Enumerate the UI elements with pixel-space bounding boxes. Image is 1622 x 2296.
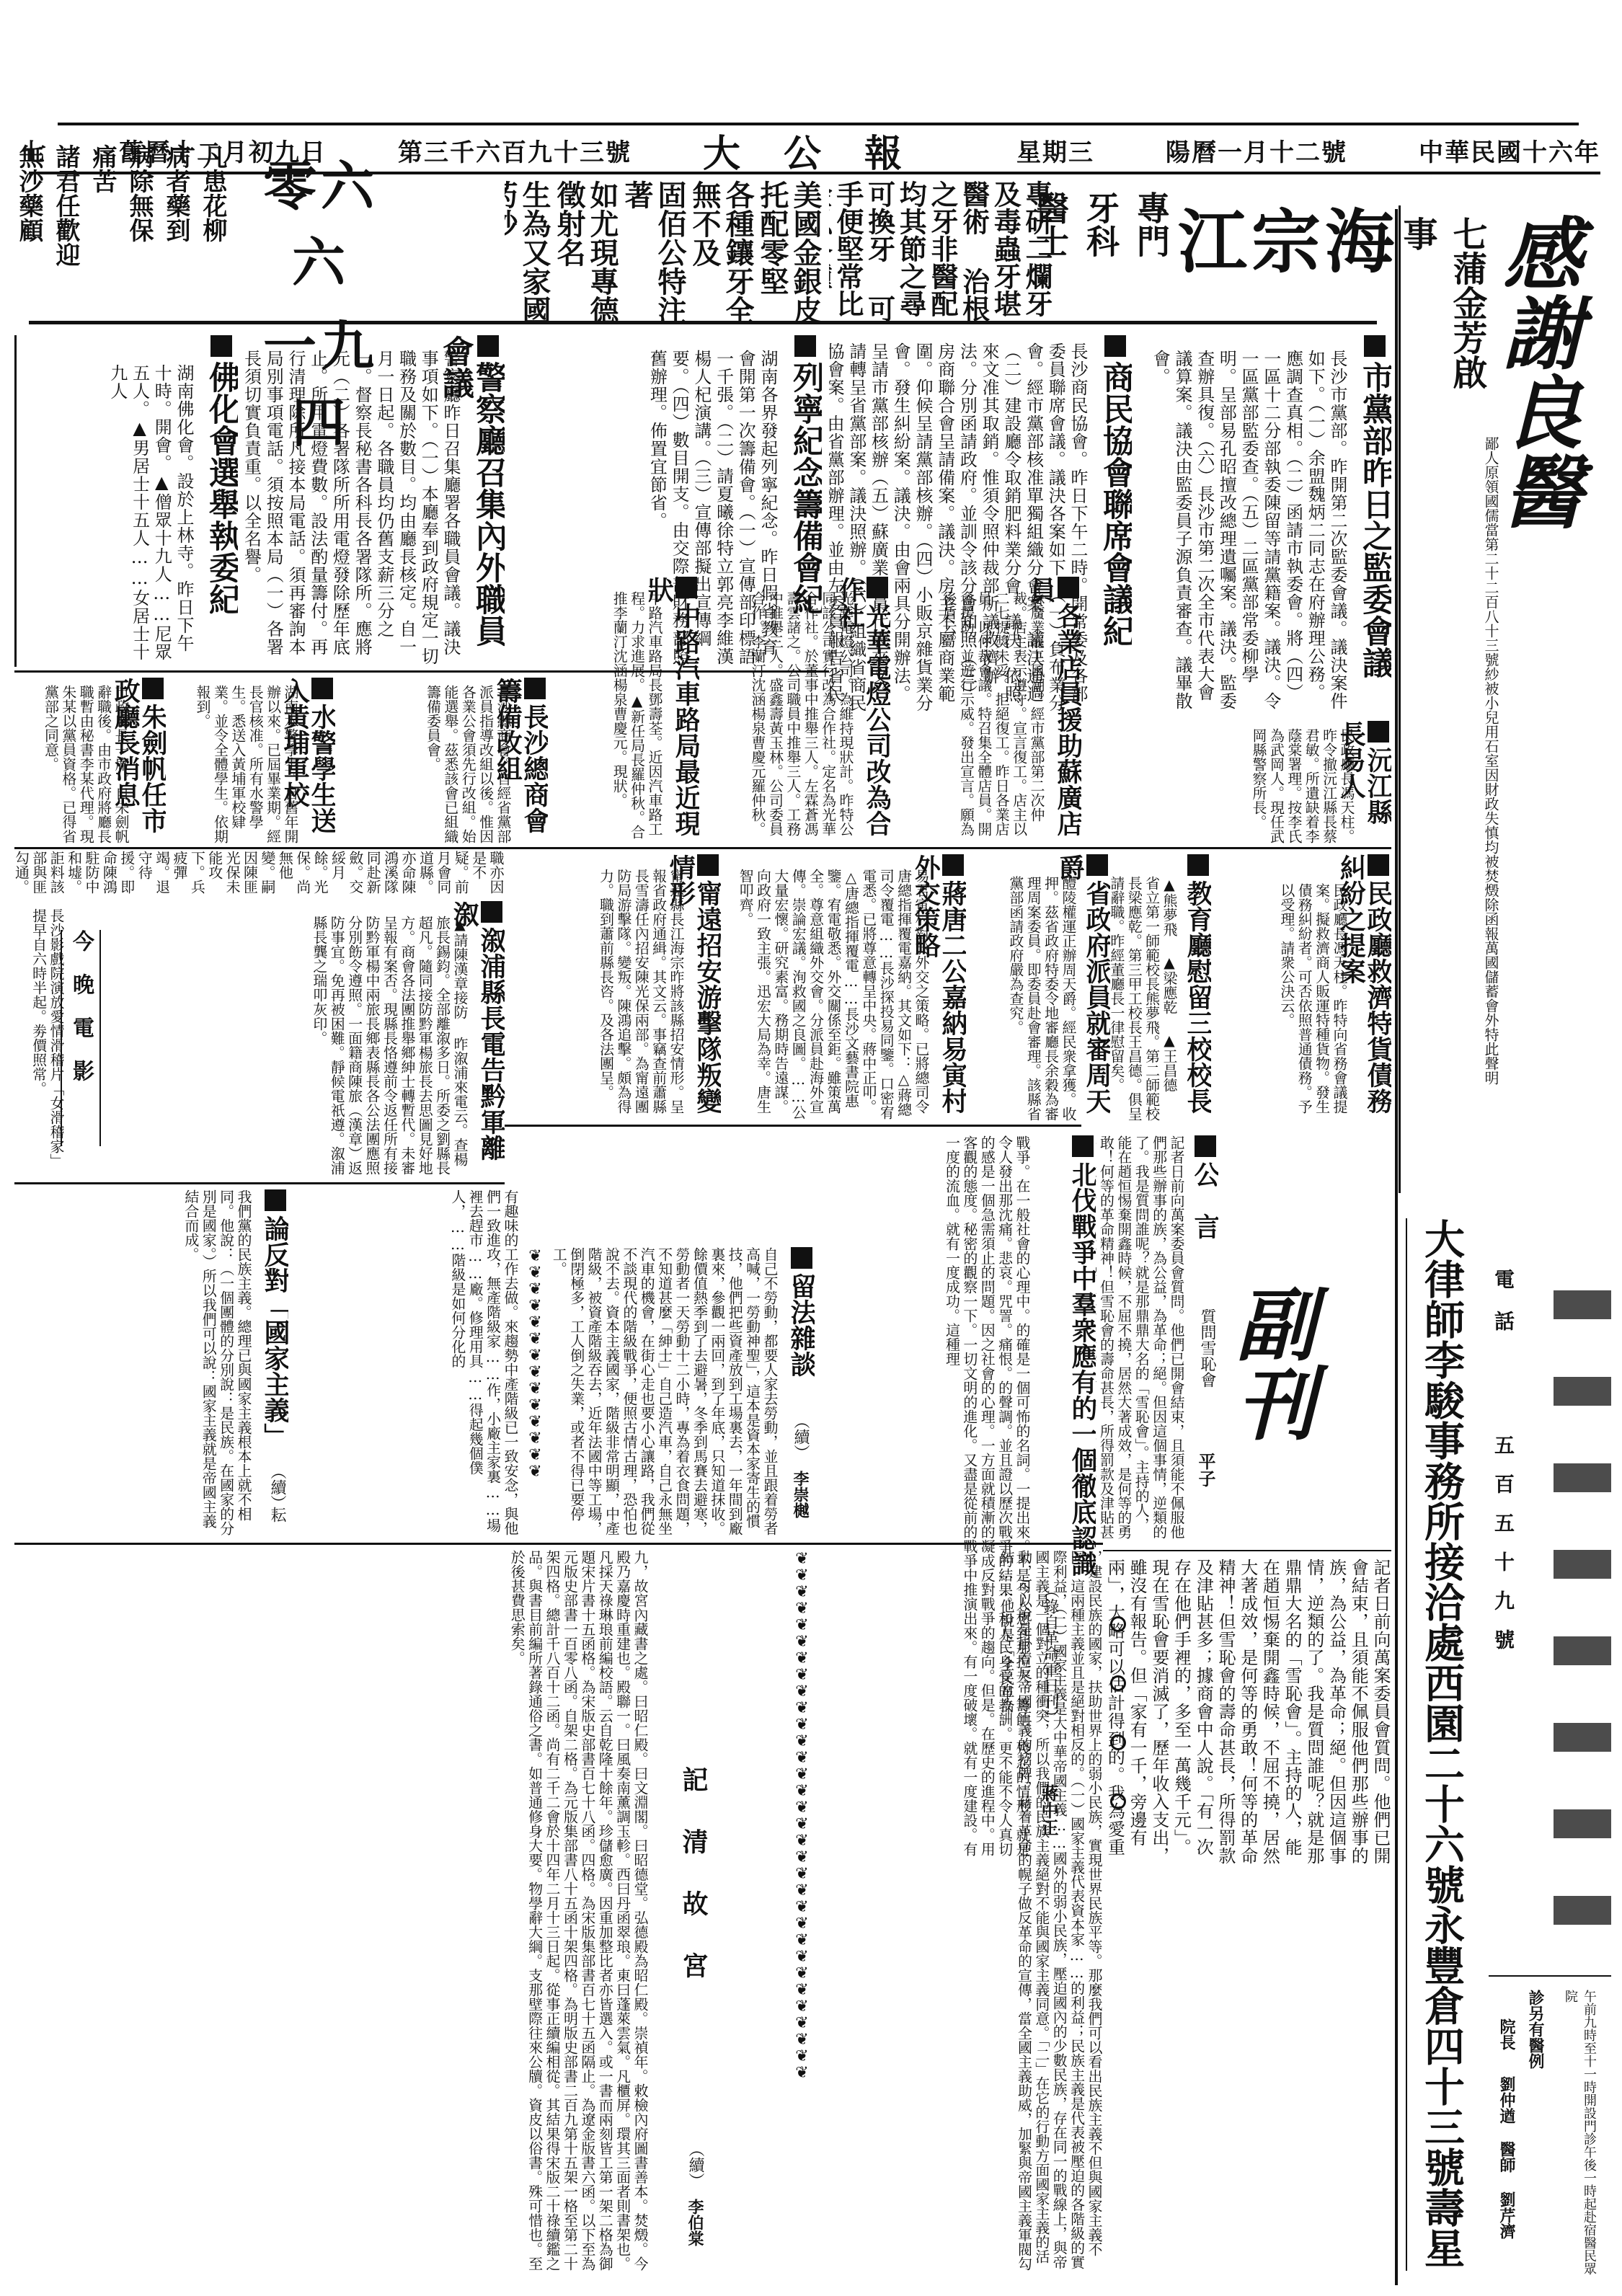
movie-ad-title: 今晚電影 [61,930,101,1146]
article-anti-nationalism: 論反對「國家主義」 （續） 耘 我們黨的民族主義。總理已與國家主義根本上就不相同… [14,1189,288,1535]
article-liufa: 留法雜談 （續） 李崇樾 自己不勞動，都要人家去勞動，並且跟着勞者高喊，一勞動神… [548,1247,815,1535]
masthead-solar-date: 陽曆一月十二號 [1166,133,1347,168]
article-marker-icon [942,854,964,876]
drug-606-914-ad: 六零六 九一四 [238,144,404,310]
supplement-divider [1395,209,1398,2285]
article-marker-icon [1072,1135,1094,1157]
article-jiang-tang: 蔣唐二公嘉納易寅村外交策略 易君寅村對於外交之策略。已將總司令唐總指揮覆電嘉納。… [721,854,966,1121]
article-headline: 佛化會選舉執委紀 [205,335,238,667]
denture-line: 各種鑲牙全無不及 [688,180,754,324]
hospital-rule [1489,1975,1611,1977]
article-marker-icon [1086,854,1108,876]
venereal-clinic-ad: 凡患花柳 病者藥到 病除無保 痛苦 諸君任歡迎 無沙藥顧 長本醫王士 街電話八百… [14,144,231,310]
article-city-party: 市黨部昨日之監委會議 長沙市黨部。昨開第二次監委會議。議決案件如下。（一）余盟魏… [1139,335,1391,710]
article-headline: 論反對「國家主義」 [261,1189,288,1449]
article-marker-icon [1058,577,1079,598]
hospital-ad: 電話 五百五十九號 診另有醫例 院長 劉仲遒 醫師 劉芹濟 午前九時至十一時開設… [1474,1218,1611,2285]
article-marker-icon [311,678,333,699]
article-body: 職亦因是不疑。前月會同道縣。亦命陳鴻溪隊同赴新斂。交綏月餘。光保。尚無他變。嗣因… [14,851,505,901]
article-body: 有趣味的工作去做。來趨勢中產階級已一致安念，與他們一致進攻，無產階級家……作，小… [288,1189,519,1535]
hospital-phone-number: 五百五十九號 [1489,1435,1517,1795]
article-buddhist: 佛化會選舉執委紀 湖南佛化會。設於上林寺。昨日下午十時。開會。▲僧眾十九人……尼… [14,335,238,667]
clinic-line: 無沙藥顧 [14,144,47,310]
article-body: 我們黨的民族主義。總理已與國家主義根本上就不相同。他說：（一個團體的分別說：是民… [22,1189,252,1535]
article-education: 教育廳慰留三校校長 ▲熊夢飛 ▲梁應乾 ▲王昌德 省立第一師範校長熊夢飛。第二師… [1110,854,1211,1121]
article-body: 民政廳長馮天柱。昨令撤沅江縣長蔡君敏。所遺缺着李蔭棠署理。按李氏為武岡人。現任武… [1089,728,1355,843]
article-nationalism-continued: ，建設民族的國家，扶助世界上的弱小民族，實現世界民族平等。那麼我們可以看出民族主… [815,1550,1103,2278]
article-marker-icon [1187,854,1209,876]
denture-line: 美國金銀皮托配零堅 [755,180,822,324]
article-body: 九，故宮內藏書之處。曰昭仁殿。曰文淵閣。曰昭德堂。弘德殿為昭仁殿。崇禎年。敕檢內… [14,1550,649,2278]
article-guogong: 記清故宮 （續） 李伯棠 九，故宮內藏書之處。曰昭仁殿。曰文淵閣。曰昭德堂。弘德… [14,1550,793,2278]
article-author: 耘 [266,1507,288,1535]
article-gongyan: 公 言 質問雪恥會 平子 記者日前向萬案委員會質問。他們已開會結束，且須能不佩服… [1096,1135,1218,1539]
article-body: 易君寅村對於外交之策略。已將總司令唐總指揮覆電嘉納。其文如下：△蔣總司令覆電……… [721,869,930,1121]
section-rule [14,847,1391,849]
article-headline: 市黨部昨日之監委會議 [1358,335,1391,710]
masthead-republic-date: 中華民國十六年 [1419,133,1600,168]
clinic-line: 痛苦 [85,144,120,310]
hospital-director: 劉仲遒 [1496,2076,1518,2134]
lawyer-ad: 大律師李駿事務所接洽處西園二十六號永豐倉四十三號壽星街四號 [1406,1218,1471,2271]
article-marker-icon [481,901,502,923]
article-body: ▲請陳漢章接防 昨溆浦來電云。查楊旅長錫鈞。全部離溆多日。所委之劉縣長超凡。隨同… [108,916,469,1175]
article-marker-icon [867,577,888,598]
article-zhonglu-bus: 中路汽車路局最近現狀 中路汽車路局長鄧壽荃。近因汽車路工程。力求進展。▲新任局長… [555,577,699,843]
article-subtitle: 質問雪恥會 [1196,1308,1218,1424]
article-continued: （續） [684,2141,706,2199]
denture-line: 固佰公特注著 [620,180,686,324]
article-xupu: 溆浦縣長電告黔軍離溆 ▲請陳漢章接防 昨溆浦來電云。查楊旅長錫鈞。全部離溆多日。… [101,901,505,1175]
hospital-hours: 午前九時至十一時開設門診午後一時起赴宿醫民眾院 [1561,1990,1598,2278]
article-body: ，建設民族的國家，扶助世界上的弱小民族，實現世界民族平等。那麼我們可以看出民族主… [815,1550,1103,2278]
hospital-doctors-label: 醫師 [1496,2141,1518,2184]
thanks-subtitle: 七蒲金芳啟事 [1393,216,1492,418]
article-author: 李伯棠 [684,2199,706,2271]
supplement-title: 副刊 [1226,1283,1326,1521]
denture-line: 如尤現專德徵射名 [552,180,619,324]
masthead-weekday: 星期三 [1016,133,1094,168]
ornament-circle-icon [1110,1616,1126,1632]
article-body: 記者日前向萬案委員會質問。他們已開會結束，且須能不佩服他們那些辦事的族，為公益，… [1189,1559,1391,1867]
masthead-issue-no: 第三千六百九十三號 [398,133,631,168]
article-ningyuan: 甯遠招安游擊隊叛變情形 甯遠縣長江海宗昨將該縣招安情形。呈報省政府通緝。其文云。… [505,854,721,1121]
clinic-line: 諸君任歡迎 [48,144,84,310]
ads-bottom-rule [29,321,1377,324]
article-body: 長沙總商會。自經省黨部派員指導改組以後。惟因各業公會須先行改組。始能選舉。茲悉該… [339,685,512,843]
clinic-line: 病者藥到 [159,144,194,310]
article-headline: 公 言 [1191,1135,1218,1301]
article-marker-icon [524,678,546,699]
dentist-description: 專研二爛牙及毒蟲牙堪醫術 治根之牙非醫配 均其節之尋可換牙 可手便堅常比金以各種… [829,180,1052,324]
movie-ad-body: 長沙影戲院演放愛情滑稽片「女滑稽家」提早自六時半起。劵價照常。 [14,908,65,1175]
article-marker-icon [697,854,719,876]
ad-606: 六零六 [238,144,404,297]
article-marker-icon [1368,854,1389,876]
article-marker-icon [794,335,816,357]
article-police-bureau: 警察廳召集內外職員會議 警察廳昨日召集廳署各職員會議。議決事項如下。（一）本廳奉… [238,335,505,667]
ornament-circles [1110,1595,1126,1831]
article-yuanjiang: 沅江縣長易人 民政廳長馮天柱。昨令撤沅江縣長蔡君敏。所遺缺着李蔭棠署理。按李氏為… [1081,721,1391,843]
article-body: 記者日前向萬案委員會質問。他們已開會結束，且須能不佩服他們那些辦事的族，為公益，… [1099,1135,1185,1539]
article-author: 平子 [1193,1453,1218,1525]
article-zhou-tianjue: 省政府派員就審周天爵 醴陵權運正辦周天爵。經民衆拿獲。收押。茲省政府特委令地審廳… [966,854,1110,1121]
article-body: 光華電燈公司。為維持現狀計。昨特公同該公司實行改為合作社。定名為光華合作社。於董… [703,591,854,843]
dentist-ad: 江宗海 專門 牙科 醫士 [1060,180,1399,324]
thanks-notice: 感謝良醫 七蒲金芳啟事 鄙人原領國儒當第二十二百八十三號紗被小兒用石室因財政失慎… [1399,205,1608,1193]
article-body: 民政廳長馮天柱。昨特向省務會議提案。擬救濟商人販運特種貨物。發生債務糾紛者。可否… [1211,883,1348,1121]
article-body: 醴陵權運正辦周天爵。經民衆拿獲。收押。茲省政府特委令地審廳長余穀為審理周案委員。… [969,876,1077,1121]
article-zhu-jianfan: 朱劍帆任市政廳長消息 市政廳長一席。自朱劍帆辭職後。由市政府將廳長職暫由秘書李某… [14,678,166,843]
article-author: 李崇樾 [789,1471,812,1528]
denture-ad: 美國金銀皮托配零堅 各種鑲牙全無不及 固佰公特注著 如尤現專德徵射名 生為又家國… [505,180,822,324]
article-commerce-bureau: 長沙總商會籌備改組 長沙總商會。自經省黨部派員指導改組以後。惟因各業公會須先行改… [339,678,548,843]
article-shop-clerks: 各業店員援助蘇廣店員 蘇廣業罷工風潮。經市黨部第二次仲裁。店主表示遵守。宣言復工… [894,577,1081,843]
ornament-circle-icon [1110,1675,1126,1691]
article-marker-icon [142,678,164,699]
article-marker-icon [1368,721,1389,743]
movie-ad: 今晚電影 長沙影戲院演放愛情滑稽片「女滑稽家」提早自六時半起。劵價照常。 [14,901,101,1175]
dentist-title-line: 牙科 [1077,191,1125,317]
article-chen-hongxi: 職亦因是不疑。前月會同道縣。亦命陳鴻溪隊同赴新斂。交綏月餘。光保。尚無他變。嗣因… [14,851,505,901]
ornament-chain: ❦❦❦❦❦❦❦❦❦❦❦❦❦❦❦❦❦❦❦❦❦❦❦❦❦❦❦❦❦❦❦❦ [793,1550,811,2271]
article-body: 自己不勞動，都要人家去勞動，並且跟着勞者高喊，一勞動神聖」，這本是資本家寄生的慣… [548,1247,779,1535]
masthead-paper-name: 大公報 [703,123,945,177]
dentist-name: 江宗海 [1178,187,1399,324]
article-middle-class: 有趣味的工作去做。來趨勢中產階級已一致安念，與他們一致進攻，無產階級家……作，小… [288,1189,519,1535]
clinic-line: 凡患花柳 [195,144,231,310]
hospital-director-label: 院長 [1496,2018,1518,2062]
article-body: 中路汽車路局長鄧壽荃。近因汽車路工程。力求進展。▲新任局長羅仲秋。合推李蘭汀沈涵… [555,591,663,843]
ornament-chain: ❦❦❦❦❦❦❦❦❦❦❦❦❦❦ [526,1247,544,1535]
section-rule [14,1543,1103,1545]
hospital-phone-label: 電話 [1489,1269,1517,1413]
hospital-doctor: 劉芹濟 [1496,2191,1518,2249]
article-headline: 記清故宮 [679,1766,706,2127]
article-continued: （續） [266,1463,288,1507]
hospital-name-glyphs [1554,1262,1611,1946]
article-headline: 教育廳慰留三校校長 [1184,854,1211,1121]
section-rule [505,1125,1081,1127]
clinic-line: 病除無保 [122,144,157,310]
section-rule [14,1182,505,1184]
article-marker-icon [210,335,232,357]
article-marker-icon [477,335,499,357]
article-headline: 留法雜談 [787,1247,815,1406]
article-marker-icon [791,1247,812,1269]
article-marker-icon [1104,335,1126,357]
ornament-circle-icon [1110,1794,1126,1809]
article-civil-affairs: 民政廳救濟特貨債務糾紛之提案 民政廳長馮天柱。昨特向省務會議提案。擬救濟商人販運… [1211,854,1391,1121]
article-guanghua-electric: 光華電燈公司改為合作社 光華電燈公司。為維持現狀計。昨特公同該公司實行改為合作社… [703,577,890,843]
article-marker-icon [265,1189,286,1211]
article-body: 湖南佛化會。設於上林寺。昨日下午十時。開會。▲僧眾十九人……尼眾五人。▲男居士十… [22,364,195,667]
article-continued: （續） [789,1413,812,1456]
dentist-title: 專門 牙科 醫士 [1060,191,1175,317]
article-body: 湖南水警學生。自舊年開辦以來。已屆畢業期。經長官核准。所有水警學生。悉送入黃埔軍… [169,685,299,843]
denture-line: 生為又家國葯妙 [505,180,551,324]
ornament-circle-icon [1110,1734,1126,1750]
article-body: ▲熊夢飛 ▲梁應乾 ▲王昌德 省立第一師範校長熊夢飛。第二師範校長梁應乾。第三甲… [1110,876,1178,1121]
article-body: 蘇廣業罷工風潮。經市黨部第二次仲裁。店主表示遵守。宣言復工。店主以二七提獎未妥。… [894,591,1045,843]
article-marker-icon [1195,1135,1216,1157]
article-body: 長沙市黨部。昨開第二次監委會議。議決案件如下。（一）余盟魏炳二同志在府辦理公務。… [1139,350,1348,710]
hospital-note: 診另有醫例 [1525,1990,1547,2098]
article-body: 甯遠縣長江海宗昨將該縣招安情形。呈報省政府通緝。其文云。事竊查前蕭縣長雪濤任內招… [505,869,685,1121]
article-marker-icon [1364,335,1386,357]
article-body: 警察廳昨日召集廳署各職員會議。議決事項如下。（一）本廳奉到政府規定一切職務及關於… [238,350,461,667]
article-headline: 商民協會聯席會議紀 [1099,335,1132,717]
dentist-title-line: 專門 [1127,191,1175,317]
article-water-police: 水警學生送入黃埔軍校 湖南水警學生。自舊年開辦以來。已屆畢業期。經長官核准。所有… [169,678,335,843]
thanks-body: 鄙人原領國儒當第二十二百八十三號紗被小兒用石室因財政失慎均被焚燬除函報萬國儲蓄會… [1420,436,1499,1186]
article-marker-icon [675,577,697,598]
article-body: 市政廳長一席。自朱劍帆辭職後。由市政府將廳長職暫由秘書李某代理。現朱某以黨員資格… [14,685,130,843]
article-gongyan-continued: 記者日前向萬案委員會質問。他們已開會結束，且須能不佩服他們那些辦事的族，為公益，… [1103,1550,1391,1867]
